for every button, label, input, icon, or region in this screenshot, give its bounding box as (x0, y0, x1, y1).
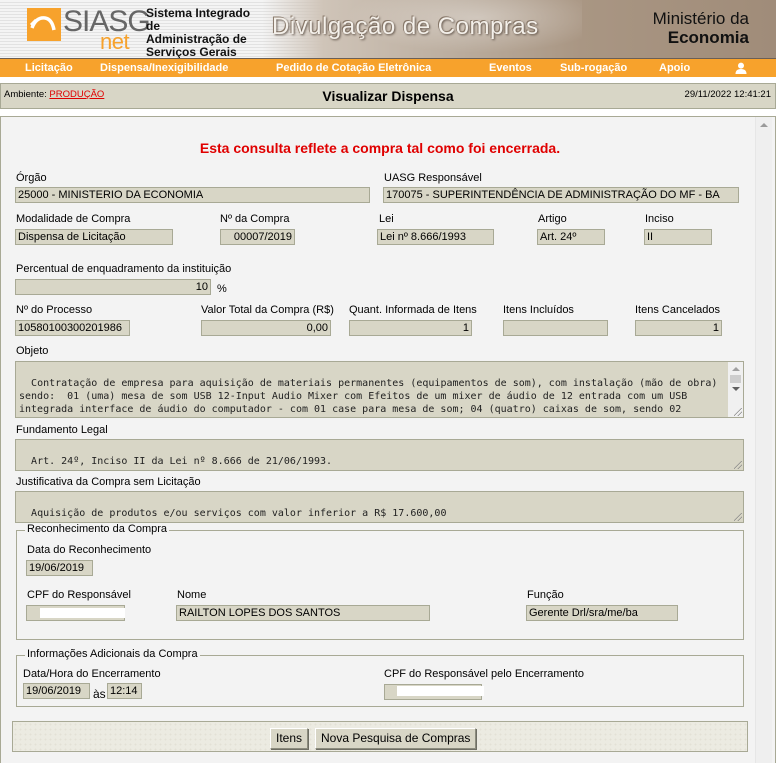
encerramento-label: Data/Hora do Encerramento (23, 668, 161, 680)
data-reconhecimento-label: Data do Reconhecimento (27, 544, 151, 556)
siasg-logo-icon (27, 8, 61, 41)
artigo-label: Artigo (538, 213, 567, 225)
scroll-up-icon[interactable] (732, 367, 740, 371)
valor-total-field: 0,00 (201, 320, 331, 336)
itens-incluidos-label: Itens Incluídos (503, 304, 574, 316)
funcao-field: Gerente Drl/sra/me/ba (526, 605, 678, 621)
objeto-text: Contratação de empresa para aquisição de… (19, 378, 723, 418)
encerramento-time-field: 12:14 (107, 683, 142, 699)
itens-incluidos-field (503, 320, 608, 336)
system-name-line: Sistema Integrado de (146, 7, 266, 33)
percentual-field: 10 (15, 279, 211, 295)
nav-eventos[interactable]: Eventos (489, 62, 532, 74)
uasg-field: 170075 - SUPERINTENDÊNCIA DE ADMINISTRAÇ… (383, 187, 739, 203)
nova-pesquisa-button[interactable]: Nova Pesquisa de Compras (315, 728, 476, 749)
nav-sub-rogacao[interactable]: Sub-rogação (560, 62, 627, 74)
scroll-up-icon[interactable] (760, 123, 768, 127)
lei-field: Lei nº 8.666/1993 (377, 229, 494, 245)
cpf-encerramento-label: CPF do Responsável pelo Encerramento (384, 668, 584, 680)
inciso-label: Inciso (645, 213, 674, 225)
portal-title: Divulgação de Compras (272, 13, 539, 41)
uasg-label: UASG Responsável (384, 172, 482, 184)
reconhecimento-legend: Reconhecimento da Compra (25, 523, 169, 535)
artigo-field: Art. 24º (537, 229, 605, 245)
logo-subtext: net (100, 30, 129, 54)
percentual-label: Percentual de enquadramento da instituiç… (16, 263, 231, 275)
title-bar: Ambiente: PRODUÇÃO Visualizar Dispensa 2… (0, 83, 776, 109)
ministry-name: Ministério da Economia (653, 9, 749, 47)
percentual-unit: % (217, 283, 227, 295)
orgao-field: 25000 - MINISTERIO DA ECONOMIA (15, 187, 370, 203)
nome-label: Nome (177, 589, 206, 601)
funcao-label: Função (527, 589, 564, 601)
resize-handle-icon[interactable] (734, 461, 742, 469)
ministry-line2: Economia (653, 28, 749, 47)
quant-itens-field: 1 (349, 320, 472, 336)
processo-field: 10580100300201986 (15, 320, 130, 336)
scroll-thumb[interactable] (730, 375, 741, 383)
nav-cotacao-eletronica[interactable]: Pedido de Cotação Eletrônica (276, 62, 431, 74)
resize-handle-icon[interactable] (734, 513, 742, 521)
modalidade-label: Modalidade de Compra (16, 213, 130, 225)
page-scrollbar[interactable] (755, 117, 772, 763)
data-reconhecimento-field: 19/06/2019 (26, 560, 93, 576)
itens-cancelados-field: 1 (635, 320, 722, 336)
modalidade-field: Dispensa de Licitação (15, 229, 173, 245)
lei-label: Lei (379, 213, 394, 225)
nome-field: RAILTON LOPES DOS SANTOS (176, 605, 430, 621)
resize-handle-icon[interactable] (734, 408, 742, 416)
redaction-mask (40, 608, 125, 618)
numero-compra-label: Nº da Compra (220, 213, 289, 225)
encerramento-separator: às (93, 687, 106, 701)
button-bar: Itens Nova Pesquisa de Compras (12, 721, 748, 752)
user-icon[interactable] (735, 62, 747, 74)
numero-compra-field: 00007/2019 (220, 229, 295, 245)
nav-dispensa[interactable]: Dispensa/Inexigibilidade (100, 62, 228, 74)
fundamento-text: Art. 24º, Inciso II da Lei nº 8.666 de 2… (31, 456, 332, 467)
adicionais-group: Informações Adicionais da Compra (16, 655, 744, 707)
valor-total-label: Valor Total da Compra (R$) (201, 304, 334, 316)
quant-itens-label: Quant. Informada de Itens (349, 304, 477, 316)
fundamento-textarea[interactable]: Art. 24º, Inciso II da Lei nº 8.666 de 2… (15, 439, 744, 471)
system-name-line: Serviços Gerais (146, 46, 266, 59)
system-name: Sistema Integrado de Administração de Se… (146, 7, 266, 59)
inciso-field: II (644, 229, 712, 245)
scroll-down-icon[interactable] (732, 387, 740, 391)
justificativa-text: Aquisição de produtos e/ou serviços com … (31, 508, 446, 519)
justificativa-textarea[interactable]: Aquisição de produtos e/ou serviços com … (15, 491, 744, 523)
adicionais-legend: Informações Adicionais da Compra (25, 648, 200, 660)
nav-apoio[interactable]: Apoio (659, 62, 690, 74)
orgao-label: Órgão (16, 172, 47, 184)
ministry-line1: Ministério da (653, 9, 749, 28)
header-banner: SIASG net Sistema Integrado de Administr… (0, 0, 776, 59)
page-title: Visualizar Dispensa (1, 88, 775, 104)
fundamento-label: Fundamento Legal (16, 424, 108, 436)
main-nav: Licitação Dispensa/Inexigibilidade Pedid… (0, 59, 776, 78)
itens-cancelados-label: Itens Cancelados (635, 304, 720, 316)
redaction-mask (397, 686, 484, 696)
cpf-responsavel-label: CPF do Responsável (27, 589, 131, 601)
datetime: 29/11/2022 12:41:21 (685, 89, 771, 100)
itens-button[interactable]: Itens (270, 728, 308, 749)
nav-licitacao[interactable]: Licitação (25, 62, 73, 74)
encerramento-date-field: 19/06/2019 (23, 683, 90, 699)
processo-label: Nº do Processo (16, 304, 92, 316)
warning-message: Esta consulta reflete a compra tal como … (0, 140, 760, 156)
objeto-label: Objeto (16, 345, 48, 357)
objeto-textarea[interactable]: Contratação de empresa para aquisição de… (15, 361, 744, 418)
justificativa-label: Justificativa da Compra sem Licitação (16, 476, 201, 488)
